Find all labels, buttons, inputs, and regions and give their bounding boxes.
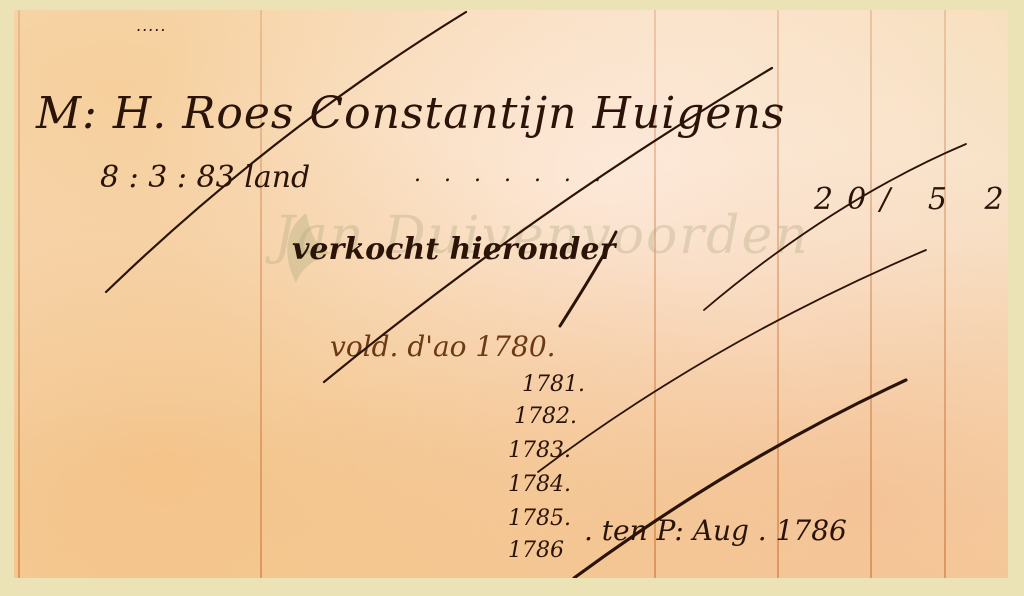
image-frame: Jan Duivenvoorden ..... M: H. Roes Const… xyxy=(0,0,1024,596)
strikethrough-strokes xyxy=(14,10,1008,578)
manuscript-page: Jan Duivenvoorden ..... M: H. Roes Const… xyxy=(14,10,1008,578)
